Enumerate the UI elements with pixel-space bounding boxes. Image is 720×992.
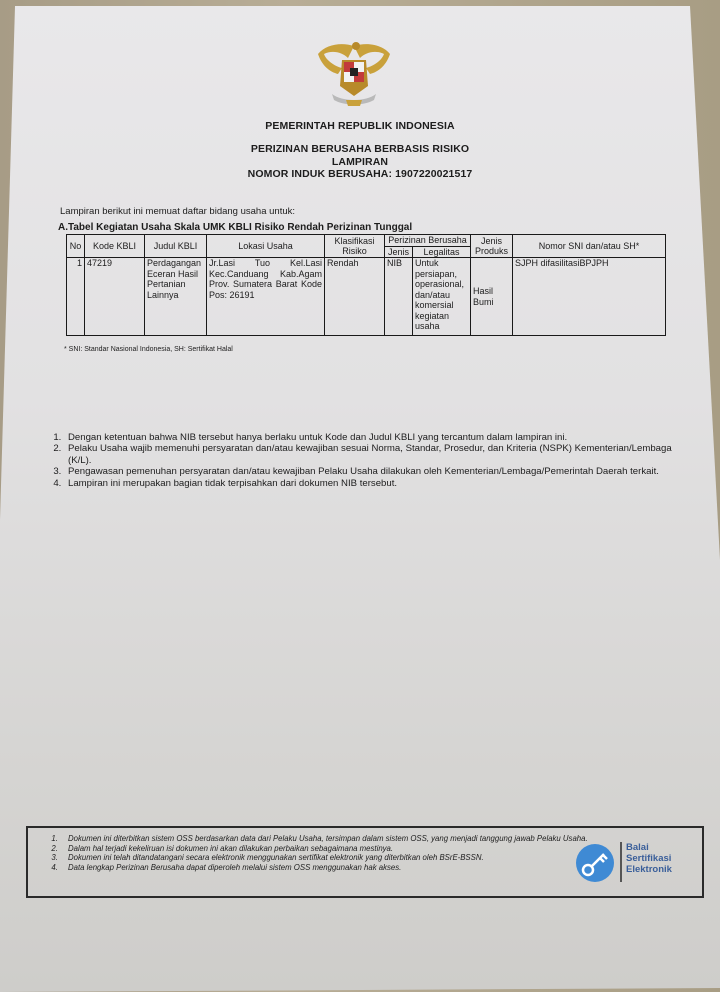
disclaimer-list: Dokumen ini diterbitkan sistem OSS berda… xyxy=(42,834,620,872)
col-header-lokasi: Lokasi Usaha xyxy=(207,235,325,258)
cell-kode: 47219 xyxy=(85,258,145,336)
col-header-legalitas: Legalitas xyxy=(413,246,471,258)
bsre-divider xyxy=(620,842,622,882)
bsre-line-3: Elektronik xyxy=(626,864,672,875)
disclaimer-item: Data lengkap Perizinan Berusaha dapat di… xyxy=(60,863,620,873)
disclaimer-box: Dokumen ini diterbitkan sistem OSS berda… xyxy=(26,826,704,898)
table-footnote: * SNI: Standar Nasional Indonesia, SH: S… xyxy=(64,346,233,353)
bsre-text: Balai Sertifikasi Elektronik xyxy=(626,842,672,875)
disclaimer-item: Dokumen ini diterbitkan sistem OSS berda… xyxy=(60,834,620,844)
cell-klasifikasi: Rendah xyxy=(325,258,385,336)
cell-no: 1 xyxy=(67,258,85,336)
intro-text: Lampiran berikut ini memuat daftar bidan… xyxy=(60,206,295,217)
col-header-sni: Nomor SNI dan/atau SH* xyxy=(513,235,666,258)
col-header-klasifikasi: Klasifikasi Risiko xyxy=(325,235,385,258)
government-name: PEMERINTAH REPUBLIK INDONESIA xyxy=(0,120,720,132)
document-page: PEMERINTAH REPUBLIK INDONESIA PERIZINAN … xyxy=(0,0,720,992)
col-header-perizinan: Perizinan Berusaha xyxy=(385,235,471,247)
cell-sni: SJPH difasilitasiBPJPH xyxy=(513,258,666,336)
cell-legalitas: Untuk persiapan, operasional, dan/atau k… xyxy=(413,258,471,336)
garuda-emblem-icon xyxy=(312,38,396,110)
disclaimer-item: Dalam hal terjadi kekeliruan isi dokumen… xyxy=(60,844,620,854)
document-title: PERIZINAN BERUSAHA BERBASIS RISIKO xyxy=(0,143,720,155)
kbli-table: No Kode KBLI Judul KBLI Lokasi Usaha Kla… xyxy=(66,234,666,336)
table-row: 1 47219 Perdagangan Eceran Hasil Pertani… xyxy=(67,258,666,336)
note-item: Dengan ketentuan bahwa NIB tersebut hany… xyxy=(64,432,694,443)
disclaimer-item: Dokumen ini telah ditandatangani secara … xyxy=(60,853,620,863)
cell-judul: Perdagangan Eceran Hasil Pertanian Lainn… xyxy=(145,258,207,336)
table-title: A.Tabel Kegiatan Usaha Skala UMK KBLI Ri… xyxy=(58,222,412,233)
cell-lokasi: Jr.Lasi Tuo Kel.Lasi Kec.Canduang Kab.Ag… xyxy=(207,258,325,336)
document-subtitle: LAMPIRAN xyxy=(0,156,720,168)
col-header-no: No xyxy=(67,235,85,258)
bsre-line-2: Sertifikasi xyxy=(626,853,672,864)
col-header-jenis: Jenis xyxy=(385,246,413,258)
bsre-line-1: Balai xyxy=(626,842,672,853)
notes-list: Dengan ketentuan bahwa NIB tersebut hany… xyxy=(46,432,694,489)
col-header-kode: Kode KBLI xyxy=(85,235,145,258)
col-header-judul: Judul KBLI xyxy=(145,235,207,258)
nib-number: NOMOR INDUK BERUSAHA: 1907220021517 xyxy=(0,168,720,180)
note-item: Pelaku Usaha wajib memenuhi persyaratan … xyxy=(64,443,694,466)
note-item: Lampiran ini merupakan bagian tidak terp… xyxy=(64,478,694,489)
cell-jenis: NIB xyxy=(385,258,413,336)
note-item: Pengawasan pemenuhan persyaratan dan/ata… xyxy=(64,466,694,477)
cell-produk: Hasil Bumi xyxy=(471,258,513,336)
col-header-produk: Jenis Produks xyxy=(471,235,513,258)
bsre-logo: Balai Sertifikasi Elektronik xyxy=(576,836,686,890)
bsre-key-icon xyxy=(576,844,614,882)
